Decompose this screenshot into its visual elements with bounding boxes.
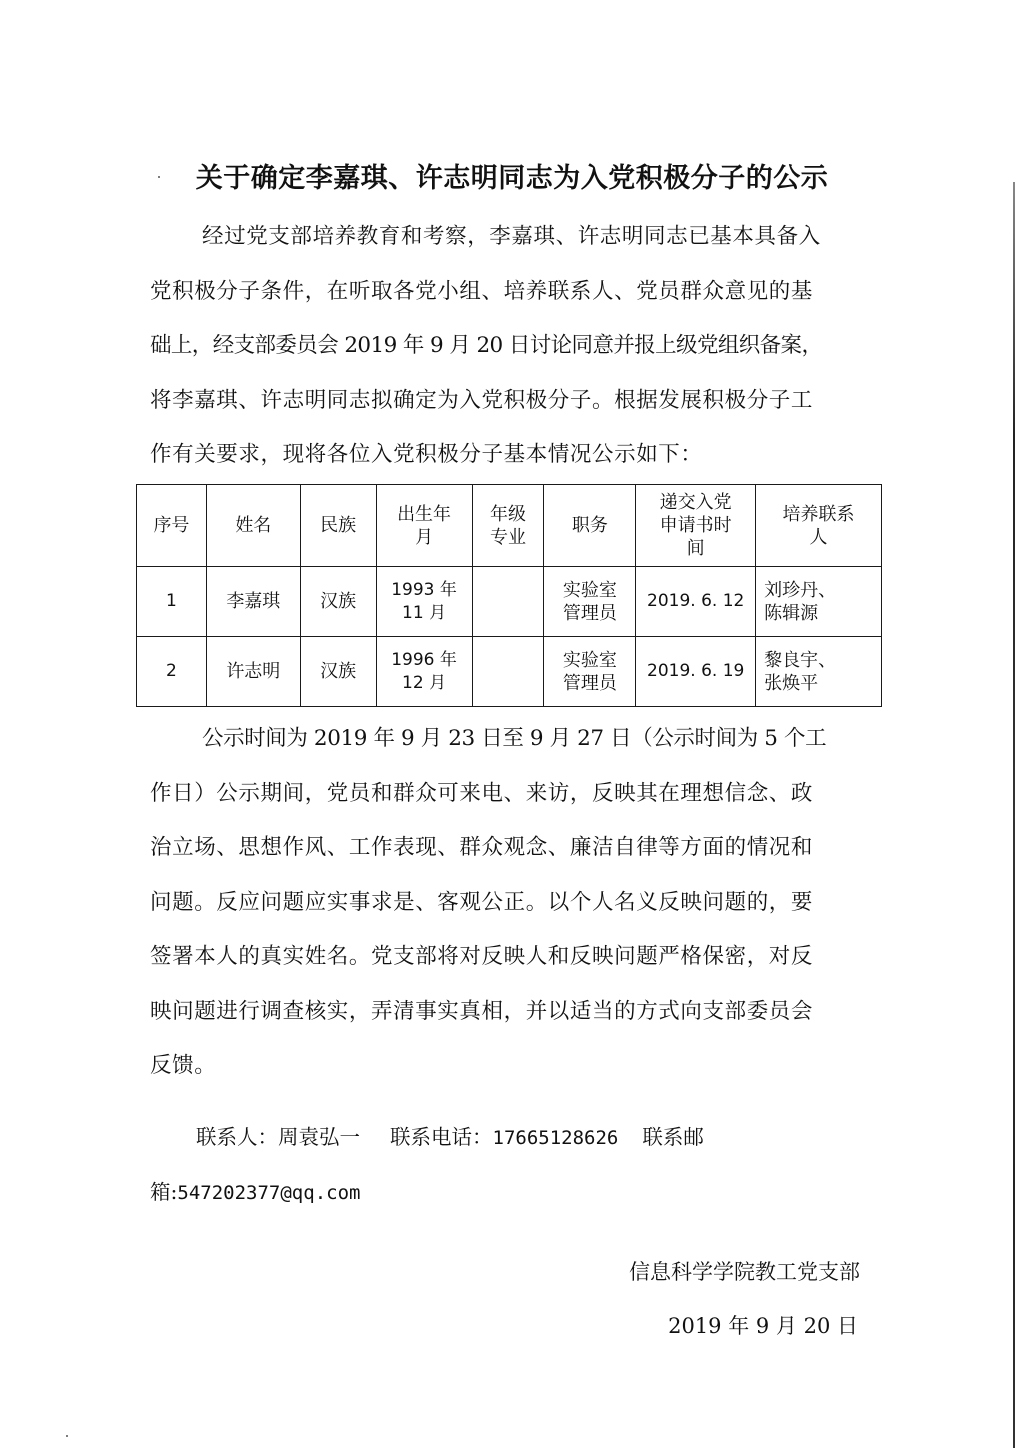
cell-contacts: 黎良宇、张焕平 xyxy=(756,637,882,707)
cell-application-date: 2019. 6. 12 xyxy=(636,567,756,637)
cell-birth: 1993 年11 月 xyxy=(376,567,472,637)
publicity-paragraph: 公示时间为 2019 年 9 月 23 日至 9 月 27 日（公示时间为 5 … xyxy=(150,712,868,1094)
cell-position: 实验室管理员 xyxy=(544,637,636,707)
document-title: 关于确定李嘉琪、许志明同志为入党积极分子的公示 xyxy=(0,156,1024,195)
header-grade-major: 年级专业 xyxy=(472,485,544,567)
signature-date: 2019 年 9 月 20 日 xyxy=(668,1310,858,1340)
cell-contacts: 刘珍丹、陈辑源 xyxy=(756,567,882,637)
paragraph-line: 党积极分子条件，在听取各党小组、培养联系人、党员群众意见的基 xyxy=(150,265,868,320)
cell-position: 实验室管理员 xyxy=(544,567,636,637)
contact-phone-label: 联系电话： xyxy=(390,1125,493,1149)
cell-grade-major xyxy=(472,567,544,637)
paragraph-line: 问题。反应问题应实事求是、客观公正。以个人名义反映问题的，要 xyxy=(150,876,868,931)
header-ethnicity: 民族 xyxy=(300,485,376,567)
header-birth: 出生年月 xyxy=(376,485,472,567)
paragraph-line: 作有关要求，现将各位入党积极分子基本情况公示如下： xyxy=(150,428,868,483)
contact-phone: 17665128626 xyxy=(493,1127,619,1149)
contact-line-2: 箱:547202377@qq.com xyxy=(150,1165,870,1220)
paragraph-line: 签署本人的真实姓名。党支部将对反映人和反映问题严格保密，对反 xyxy=(150,930,868,985)
paragraph-line: 治立场、思想作风、工作表现、群众观念、廉洁自律等方面的情况和 xyxy=(150,821,868,876)
contact-email-label: 联系邮 xyxy=(642,1125,704,1149)
cell-index: 1 xyxy=(137,567,207,637)
paragraph-line: 将李嘉琪、许志明同志拟确定为入党积极分子。根据发展积极分子工 xyxy=(150,374,868,429)
scan-speck xyxy=(66,1435,68,1437)
contact-email-label-cont: 箱: xyxy=(150,1180,177,1204)
cell-name: 李嘉琪 xyxy=(206,567,300,637)
cell-grade-major xyxy=(472,637,544,707)
cell-birth: 1996 年12 月 xyxy=(376,637,472,707)
paragraph-line: 经过党支部培养教育和考察，李嘉琪、许志明同志已基本具备入 xyxy=(150,210,868,265)
contact-block: 联系人：周袁弘一联系电话：17665128626联系邮 箱:547202377@… xyxy=(150,1110,870,1220)
contact-line-1: 联系人：周袁弘一联系电话：17665128626联系邮 xyxy=(150,1110,870,1165)
contact-email: 547202377@qq.com xyxy=(177,1182,360,1204)
activist-info-table: 序号 姓名 民族 出生年月 年级专业 职务 递交入党申请书时间 培养联系人 1 … xyxy=(136,484,882,707)
paragraph-line: 反馈。 xyxy=(150,1039,868,1094)
cell-name: 许志明 xyxy=(206,637,300,707)
table-header-row: 序号 姓名 民族 出生年月 年级专业 职务 递交入党申请书时间 培养联系人 xyxy=(137,485,882,567)
paragraph-line: 映问题进行调查核实，弄清事实真相，并以适当的方式向支部委员会 xyxy=(150,985,868,1040)
header-name: 姓名 xyxy=(206,485,300,567)
header-application-date: 递交入党申请书时间 xyxy=(636,485,756,567)
paragraph-line: 作日）公示期间，党员和群众可来电、来访，反映其在理想信念、政 xyxy=(150,767,868,822)
intro-paragraph: 经过党支部培养教育和考察，李嘉琪、许志明同志已基本具备入 党积极分子条件，在听取… xyxy=(150,210,868,483)
contact-person: 周袁弘一 xyxy=(278,1125,360,1149)
header-contacts: 培养联系人 xyxy=(756,485,882,567)
scan-artifact-line xyxy=(1013,182,1015,1448)
cell-ethnicity: 汉族 xyxy=(300,637,376,707)
header-position: 职务 xyxy=(544,485,636,567)
cell-ethnicity: 汉族 xyxy=(300,567,376,637)
table-row: 2 许志明 汉族 1996 年12 月 实验室管理员 2019. 6. 19 黎… xyxy=(137,637,882,707)
table-row: 1 李嘉琪 汉族 1993 年11 月 实验室管理员 2019. 6. 12 刘… xyxy=(137,567,882,637)
header-index: 序号 xyxy=(137,485,207,567)
paragraph-line: 公示时间为 2019 年 9 月 23 日至 9 月 27 日（公示时间为 5 … xyxy=(150,712,868,767)
signature-organization: 信息科学学院教工党支部 xyxy=(629,1256,860,1286)
cell-index: 2 xyxy=(137,637,207,707)
contact-person-label: 联系人： xyxy=(196,1125,278,1149)
cell-application-date: 2019. 6. 19 xyxy=(636,637,756,707)
paragraph-line: 础上，经支部委员会 2019 年 9 月 20 日讨论同意并报上级党组织备案， xyxy=(150,319,868,374)
